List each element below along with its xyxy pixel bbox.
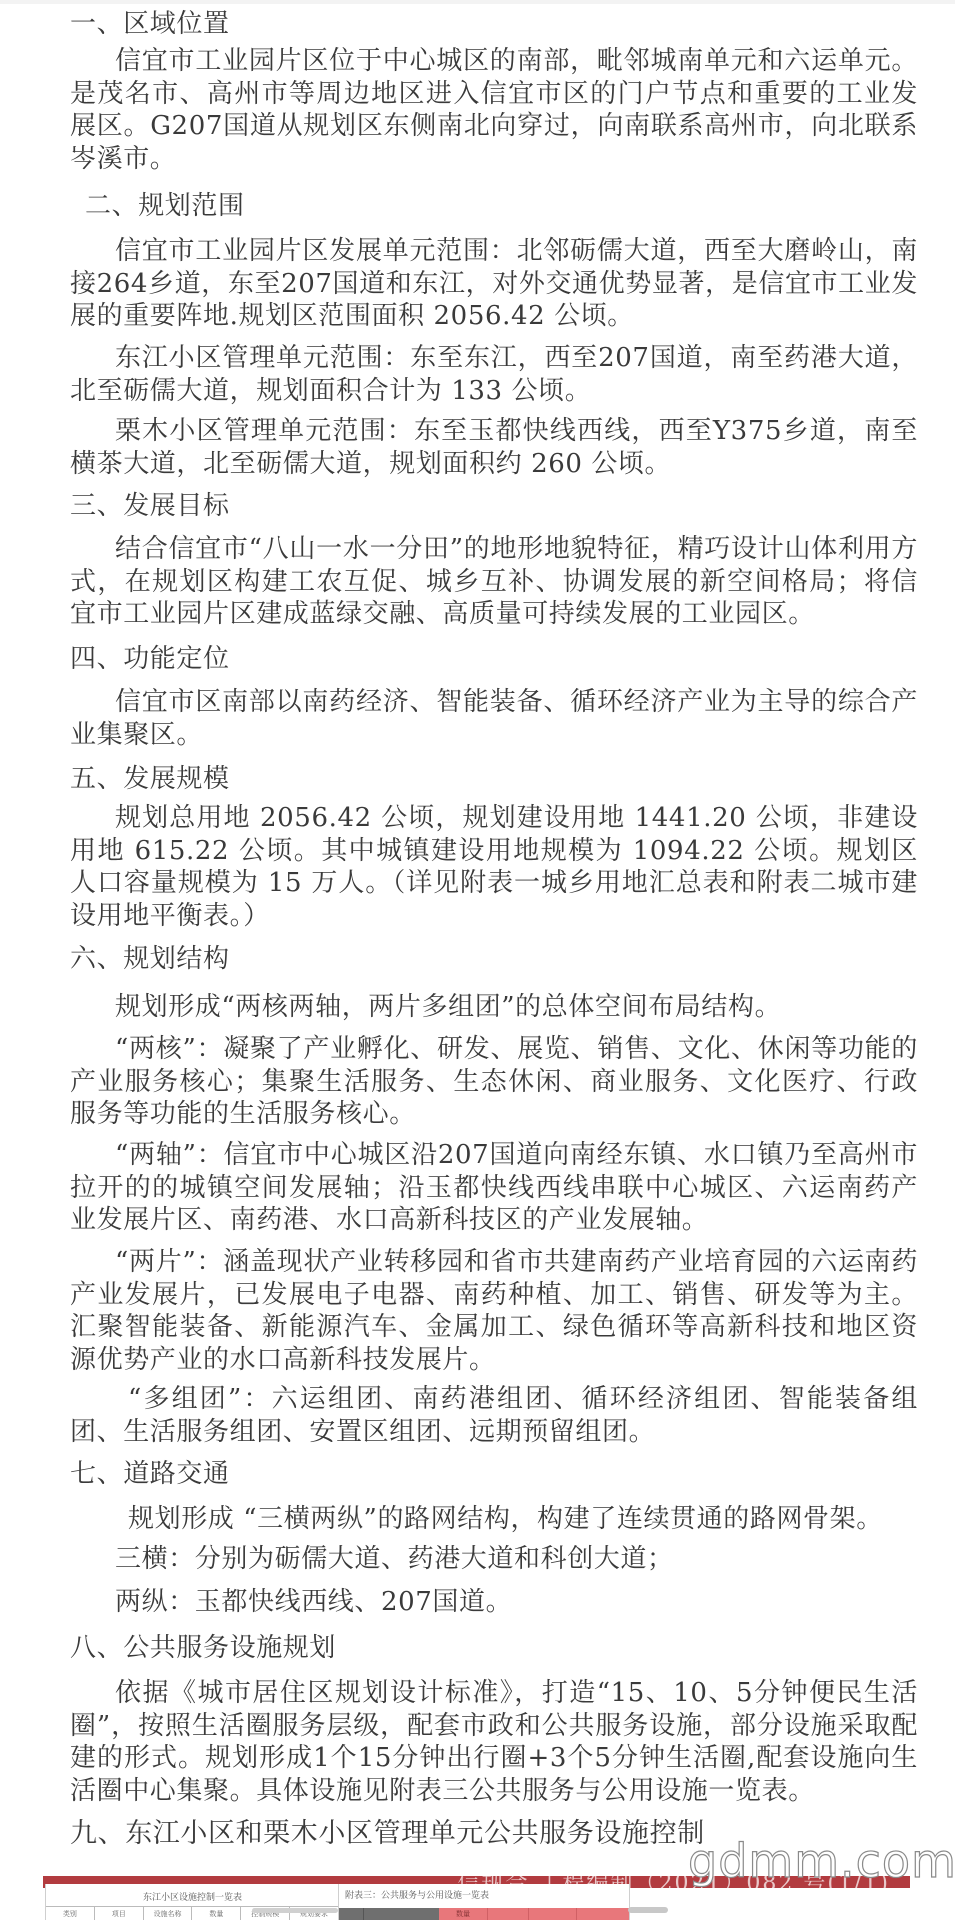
- table-header-cell: 项目: [95, 1907, 144, 1920]
- section-2-paragraph-2: 东江小区管理单元范围：东至东江，西至207国道，南至药港大道，北至砺儒大道，规划…: [70, 342, 918, 407]
- right-table-preview: 附表三：公共服务与公用设施一览表 数量: [338, 1884, 630, 1920]
- right-table-title: 附表三：公共服务与公用设施一览表: [345, 1888, 489, 1901]
- section-7-paragraph-1: 规划形成 “三横两纵”的路网结构，构建了连续贯通的路网骨架。: [70, 1503, 918, 1536]
- section-heading-7: 七、道路交通: [70, 1458, 918, 1491]
- header-cell-red: 数量: [439, 1908, 488, 1920]
- section-2-paragraph-1: 信宜市工业园片区发展单元范围：北邻砺儒大道，西至大磨岭山，南接264乡道，东至2…: [70, 235, 918, 333]
- header-cell-red: [488, 1908, 529, 1920]
- section-2-paragraph-3: 栗木小区管理单元范围：东至玉都快线西线，西至Y375乡道，南至横茶大道，北至砺儒…: [70, 415, 918, 480]
- top-edge: [0, 0, 955, 4]
- section-4-paragraph-1: 信宜市区南部以南药经济、智能装备、循环经济产业为主导的综合产业集聚区。: [70, 686, 918, 751]
- header-cell-red: [577, 1908, 629, 1920]
- section-heading-2: 二、规划范围: [85, 190, 933, 223]
- section-7-paragraph-2: 三横：分别为砺儒大道、药港大道和科创大道；: [70, 1543, 918, 1576]
- section-6-paragraph-5: “多组团”：六运组团、南药港组团、循环经济组团、智能装备组团、生活服务组团、安置…: [70, 1383, 918, 1448]
- section-heading-4: 四、功能定位: [70, 643, 918, 676]
- left-table-scrollbar[interactable]: [252, 1908, 338, 1913]
- section-3-paragraph-1: 结合信宜市“八山一水一分田”的地形地貌特征，精巧设计山体利用方式，在规划区构建工…: [70, 533, 918, 631]
- section-heading-8: 八、公共服务设施规划: [70, 1632, 918, 1665]
- left-table-preview: 东江小区设施控制一览表 类别 项目 设施名称 数量 控制规模 规划要求: [45, 1884, 340, 1920]
- section-6-paragraph-1: 规划形成“两核两轴，两片多组团”的总体空间布局结构。: [70, 991, 918, 1024]
- section-heading-5: 五、发展规模: [70, 763, 918, 796]
- section-heading-3: 三、发展目标: [70, 490, 918, 523]
- watermark: gdmm.com: [688, 1838, 955, 1884]
- table-header-cell: 数量: [192, 1907, 241, 1920]
- table-header-cell: 设施名称: [144, 1907, 193, 1920]
- header-cell-dark: [339, 1908, 364, 1920]
- right-table-header-row: 数量: [339, 1908, 629, 1920]
- left-table-title: 东江小区设施控制一览表: [46, 1890, 339, 1903]
- section-heading-1: 一、区域位置: [70, 8, 918, 41]
- section-heading-6: 六、规划结构: [70, 943, 918, 976]
- section-6-paragraph-4: “两片”：涵盖现状产业转移园和省市共建南药产业培育园的六运南药产业发展片，已发展…: [70, 1246, 918, 1376]
- header-cell-dark: [364, 1908, 439, 1920]
- table-header-cell: 类别: [46, 1907, 95, 1920]
- section-7-paragraph-3: 两纵：玉都快线西线、207国道。: [70, 1586, 918, 1619]
- section-6-paragraph-3: “两轴”：信宜市中心城区沿207国道向南经东镇、水口镇乃至高州市拉开的的城镇空间…: [70, 1139, 918, 1237]
- section-1-paragraph-1: 信宜市工业园片区位于中心城区的南部，毗邻城南单元和六运单元。是茂名市、高州市等周…: [70, 45, 918, 175]
- header-cell-red: [529, 1908, 577, 1920]
- section-5-paragraph-1: 规划总用地 2056.42 公顷，规划建设用地 1441.20 公顷，非建设用地…: [70, 802, 918, 932]
- section-8-paragraph-1: 依据《城市居住区规划设计标准》，打造“15、10、5分钟便民生活圈”，按照生活圈…: [70, 1677, 918, 1807]
- section-6-paragraph-2: “两核”：凝聚了产业孵化、研发、展览、销售、文化、休闲等功能的产业服务核心；集聚…: [70, 1033, 918, 1131]
- right-table-scrollbar[interactable]: [628, 1907, 668, 1913]
